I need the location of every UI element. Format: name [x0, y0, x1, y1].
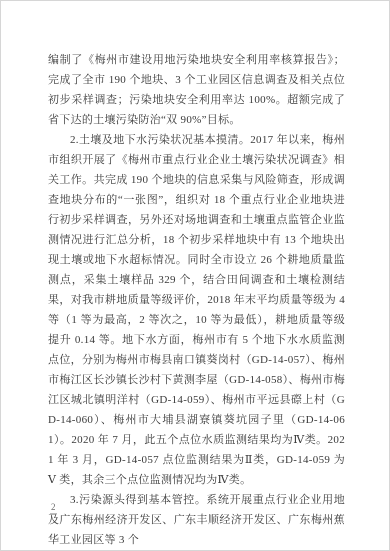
document-page: 编制了《梅州市建设用地污染地块安全利用率核算报告》；完成了全市 190 个地块、…: [0, 0, 390, 551]
text-block: 编制了《梅州市建设用地污染地块安全利用率核算报告》；完成了全市 190 个地块、…: [48, 50, 345, 550]
paragraph-continuation: 编制了《梅州市建设用地污染地块安全利用率核算报告》；完成了全市 190 个地块、…: [48, 50, 345, 130]
paragraph-soil-groundwater-status: 2.土壤及地下水污染状况基本摸清。2017 年以来，梅州市组织开展了《梅州市重点…: [48, 130, 345, 490]
paragraph-pollution-source-control: 3.污染源头得到基本管控。系统开展重点行业企业用地及广东梅州经济开发区、广东丰顺…: [48, 490, 345, 550]
page-number: 2: [50, 501, 57, 514]
